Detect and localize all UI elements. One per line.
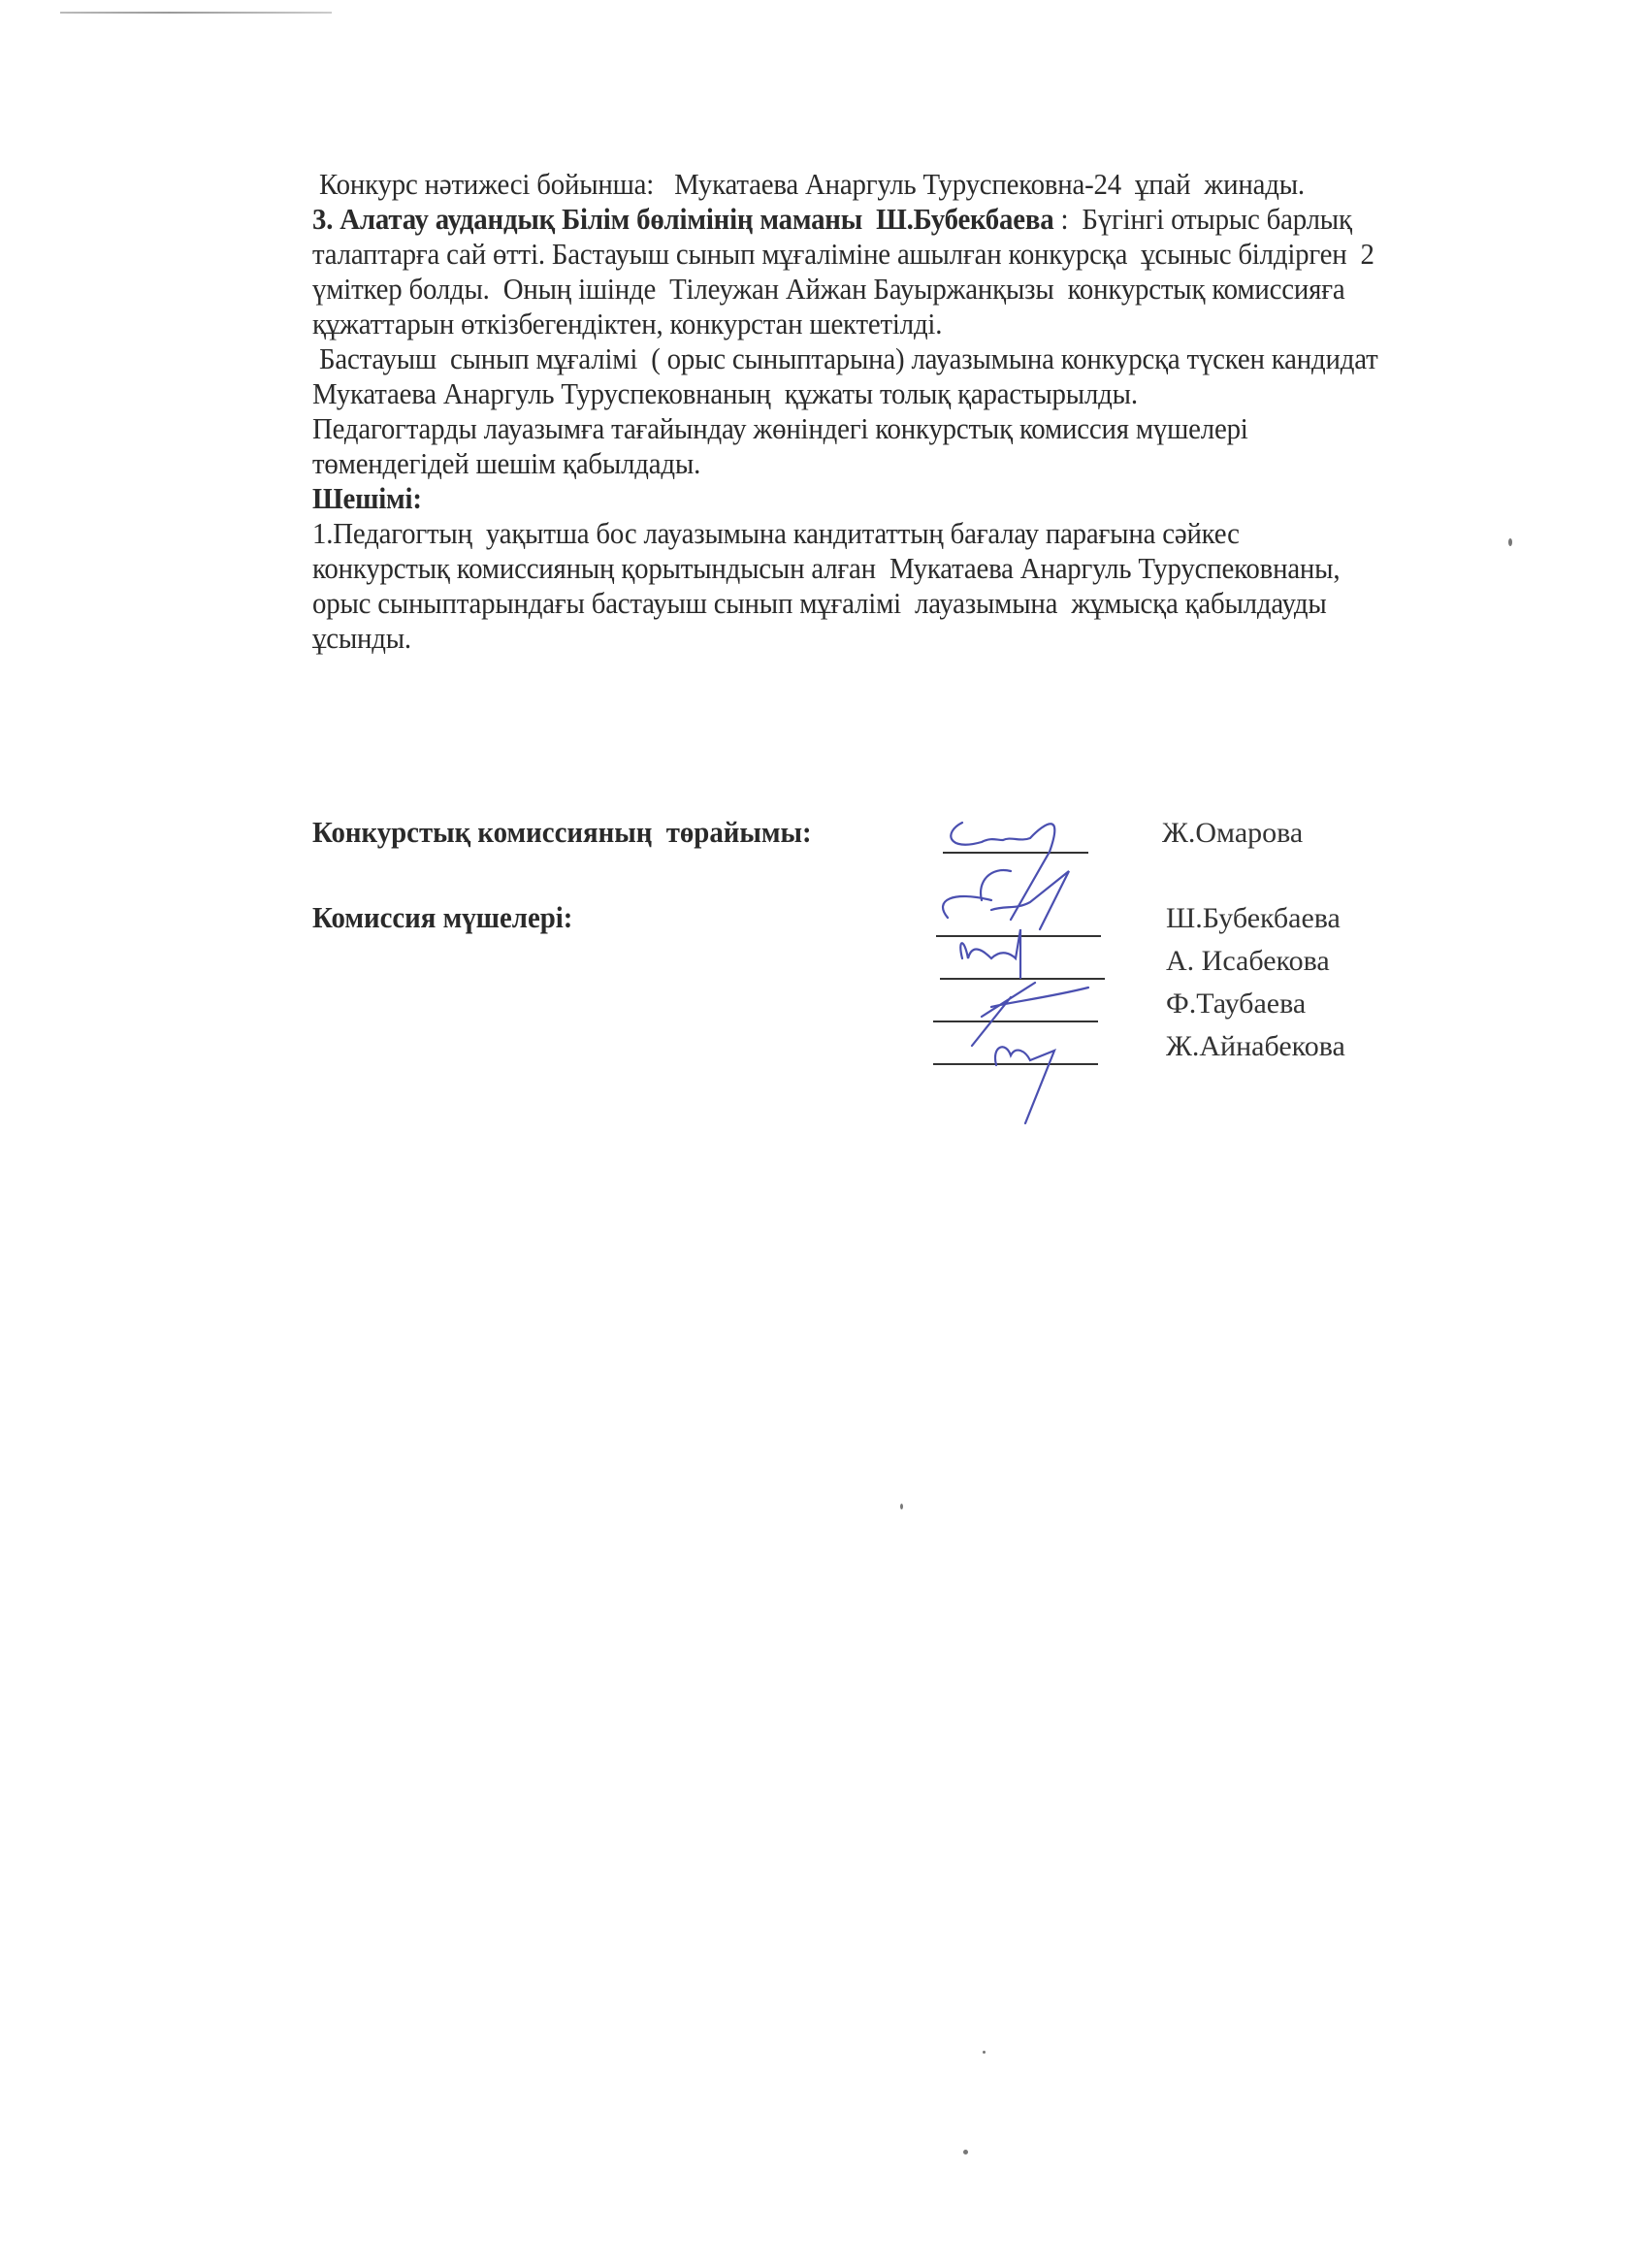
speaker-name: 3. Алатау аудандық Білім бөлімінің маман… [312,202,1053,236]
result-line: Конкурс нәтижесі бойынша: Мукатаева Анар… [312,167,1503,202]
scan-speck [1508,538,1512,546]
paragraph-line: Бастауыш сынып мұғалімі ( орыс сыныптары… [312,341,1503,376]
speaker-text: : Бүгінгі отырыс барлық [1053,202,1351,236]
decision-line: 1.Педагогтың уақытша бос лауазымына канд… [312,516,1503,551]
paragraph-line: талаптарға сай өтті. Бастауыш сынып мұға… [312,237,1503,272]
paragraph-line: үміткер болды. Оның ішінде Тілеужан Айжа… [312,272,1503,307]
paragraph-line: Мукатаева Анаргуль Туруспековнаның құжат… [312,376,1503,411]
paragraph-line: Педагогтарды лауазымға тағайындау жөнінд… [312,411,1503,446]
decision-line: ұсынды. [312,621,1503,656]
scan-speck [900,1504,903,1509]
decision-line: конкурстық комиссияның қорытындысын алға… [312,551,1503,586]
speaker-line: 3. Алатау аудандық Білім бөлімінің маман… [312,202,1503,237]
paragraph-line: құжаттарын өткізбегендіктен, конкурстан … [312,307,1503,341]
document-body: Конкурс нәтижесі бойынша: Мукатаева Анар… [312,167,1593,656]
decision-heading: Шешімі: [312,481,1503,516]
signature-block: Конкурстық комиссияның төрайымы: Ж.Омаро… [312,813,1379,1123]
scan-speck [983,2051,986,2054]
scan-artifact-line [60,12,332,14]
scan-speck [963,2150,968,2155]
paragraph-line: төмендегідей шешім қабылдады. [312,446,1503,481]
signature-scribbles-icon [312,813,1379,1133]
decision-line: орыс сыныптарындағы бастауыш сынып мұғал… [312,586,1503,621]
